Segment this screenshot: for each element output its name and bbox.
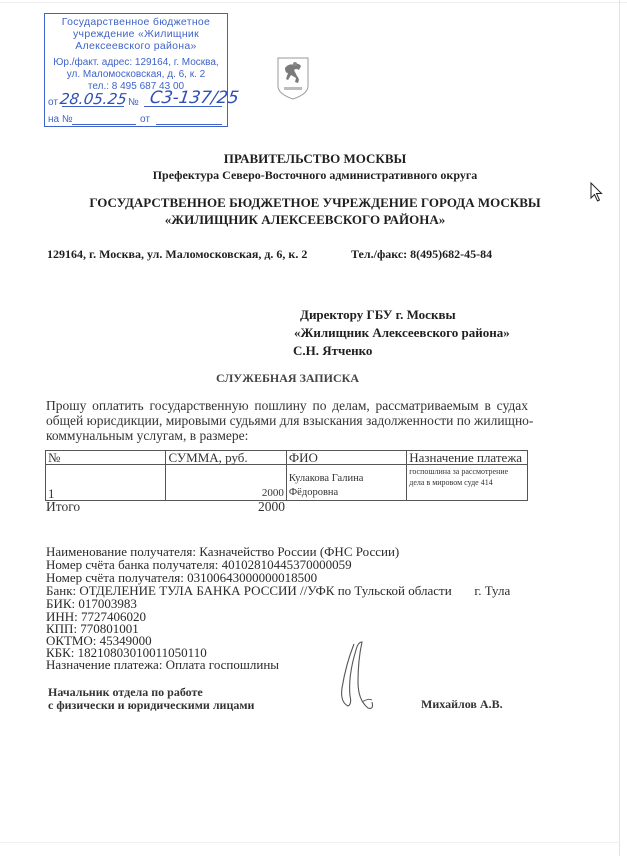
registration-stamp: Государственное бюджетное учреждение «Жи… xyxy=(44,13,228,127)
moscow-coat-of-arms-icon xyxy=(276,56,310,100)
header-purpose: Назначение платежа xyxy=(407,451,528,465)
scan-top-edge xyxy=(0,2,627,3)
stamp-number-label: № xyxy=(128,97,139,109)
cell-number: 1 xyxy=(46,465,166,501)
stamp-reference-row: на № от xyxy=(48,114,224,126)
fio-line1: Кулакова Галина xyxy=(289,472,404,486)
stamp-ref-underline xyxy=(72,113,136,125)
total-label: Итого xyxy=(46,499,80,515)
stamp-line: учреждение «Жилищник xyxy=(45,29,227,41)
requisite-payment-purpose: Назначение платежа: Оплата госпошлины xyxy=(46,659,279,672)
government-title: ПРАВИТЕЛЬСТВО МОСКВЫ xyxy=(40,151,590,167)
organization-phone: Тел./факс: 8(495)682-45-84 xyxy=(351,247,492,262)
stamp-line: ул. Маломосковская, д. 6, к. 2 xyxy=(45,69,227,81)
document-title: СЛУЖЕБНАЯ ЗАПИСКА xyxy=(0,371,575,386)
purpose-line1: госпошлина за рассмотрение xyxy=(409,466,525,477)
organization-title-line1: ГОСУДАРСТВЕННОЕ БЮДЖЕТНОЕ УЧРЕЖДЕНИЕ ГОР… xyxy=(40,195,590,211)
stamp-line: Юр./факт. адрес: 129164, г. Москва, xyxy=(45,57,227,69)
addressee-line3: С.Н. Ятченко xyxy=(293,343,372,359)
signer-name: Михайлов А.В. xyxy=(421,697,503,712)
stamp-from-label: от xyxy=(48,97,58,109)
cell-fio: Кулакова Галина Фёдоровна xyxy=(286,465,406,501)
scanned-document-page: Государственное бюджетное учреждение «Жи… xyxy=(0,0,627,856)
paragraph-line: общей юрисдикции, мировыми судьями для в… xyxy=(46,413,528,428)
total-value: 2000 xyxy=(258,499,285,515)
handwritten-number: С3-137/25 xyxy=(149,88,240,108)
stamp-line: Алексеевского района» xyxy=(45,41,227,53)
scan-right-edge xyxy=(619,0,620,856)
table-header-row: № СУММА, руб. ФИО Назначение платежа xyxy=(46,451,528,465)
stamp-ref-label: на № xyxy=(48,114,73,126)
stamp-ref-from-label: от xyxy=(140,114,150,126)
cell-amount: 2000 xyxy=(166,465,286,501)
paragraph-line: Прошу оплатить государственную пошлину п… xyxy=(46,398,528,413)
header-fio: ФИО xyxy=(286,451,406,465)
payment-table: № СУММА, руб. ФИО Назначение платежа 1 2… xyxy=(45,450,528,501)
purpose-line2: дела в мировом суде 414 xyxy=(409,477,525,488)
handwritten-signature-icon xyxy=(332,638,412,718)
fio-line2: Фёдоровна xyxy=(289,486,404,500)
table-row: 1 2000 Кулакова Галина Фёдоровна госпошл… xyxy=(46,465,528,501)
addressee-line2: «Жилищник Алексеевского района» xyxy=(294,325,510,341)
header-amount: СУММА, руб. xyxy=(166,451,286,465)
cell-purpose: госпошлина за рассмотрение дела в мирово… xyxy=(407,465,528,501)
signer-role-line2: с физически и юридическими лицами xyxy=(48,698,254,713)
organization-title-line2: «ЖИЛИЩНИК АЛЕКСЕЕВСКОГО РАЙОНА» xyxy=(30,212,580,228)
paragraph-line: коммунальным услугам, в размере: xyxy=(46,428,528,443)
request-paragraph: Прошу оплатить государственную пошлину п… xyxy=(46,398,528,443)
prefecture-title: Префектура Северо-Восточного администрат… xyxy=(40,168,590,183)
handwritten-date: 28.05.25 xyxy=(59,90,128,108)
addressee-line1: Директору ГБУ г. Москвы xyxy=(300,307,456,323)
scan-bottom-line xyxy=(0,842,620,843)
mouse-cursor-icon xyxy=(590,182,604,204)
organization-address: 129164, г. Москва, ул. Маломосковская, д… xyxy=(47,247,307,262)
stamp-line: Государственное бюджетное xyxy=(45,17,227,29)
stamp-ref-from-underline xyxy=(156,113,222,125)
header-number: № xyxy=(46,451,166,465)
